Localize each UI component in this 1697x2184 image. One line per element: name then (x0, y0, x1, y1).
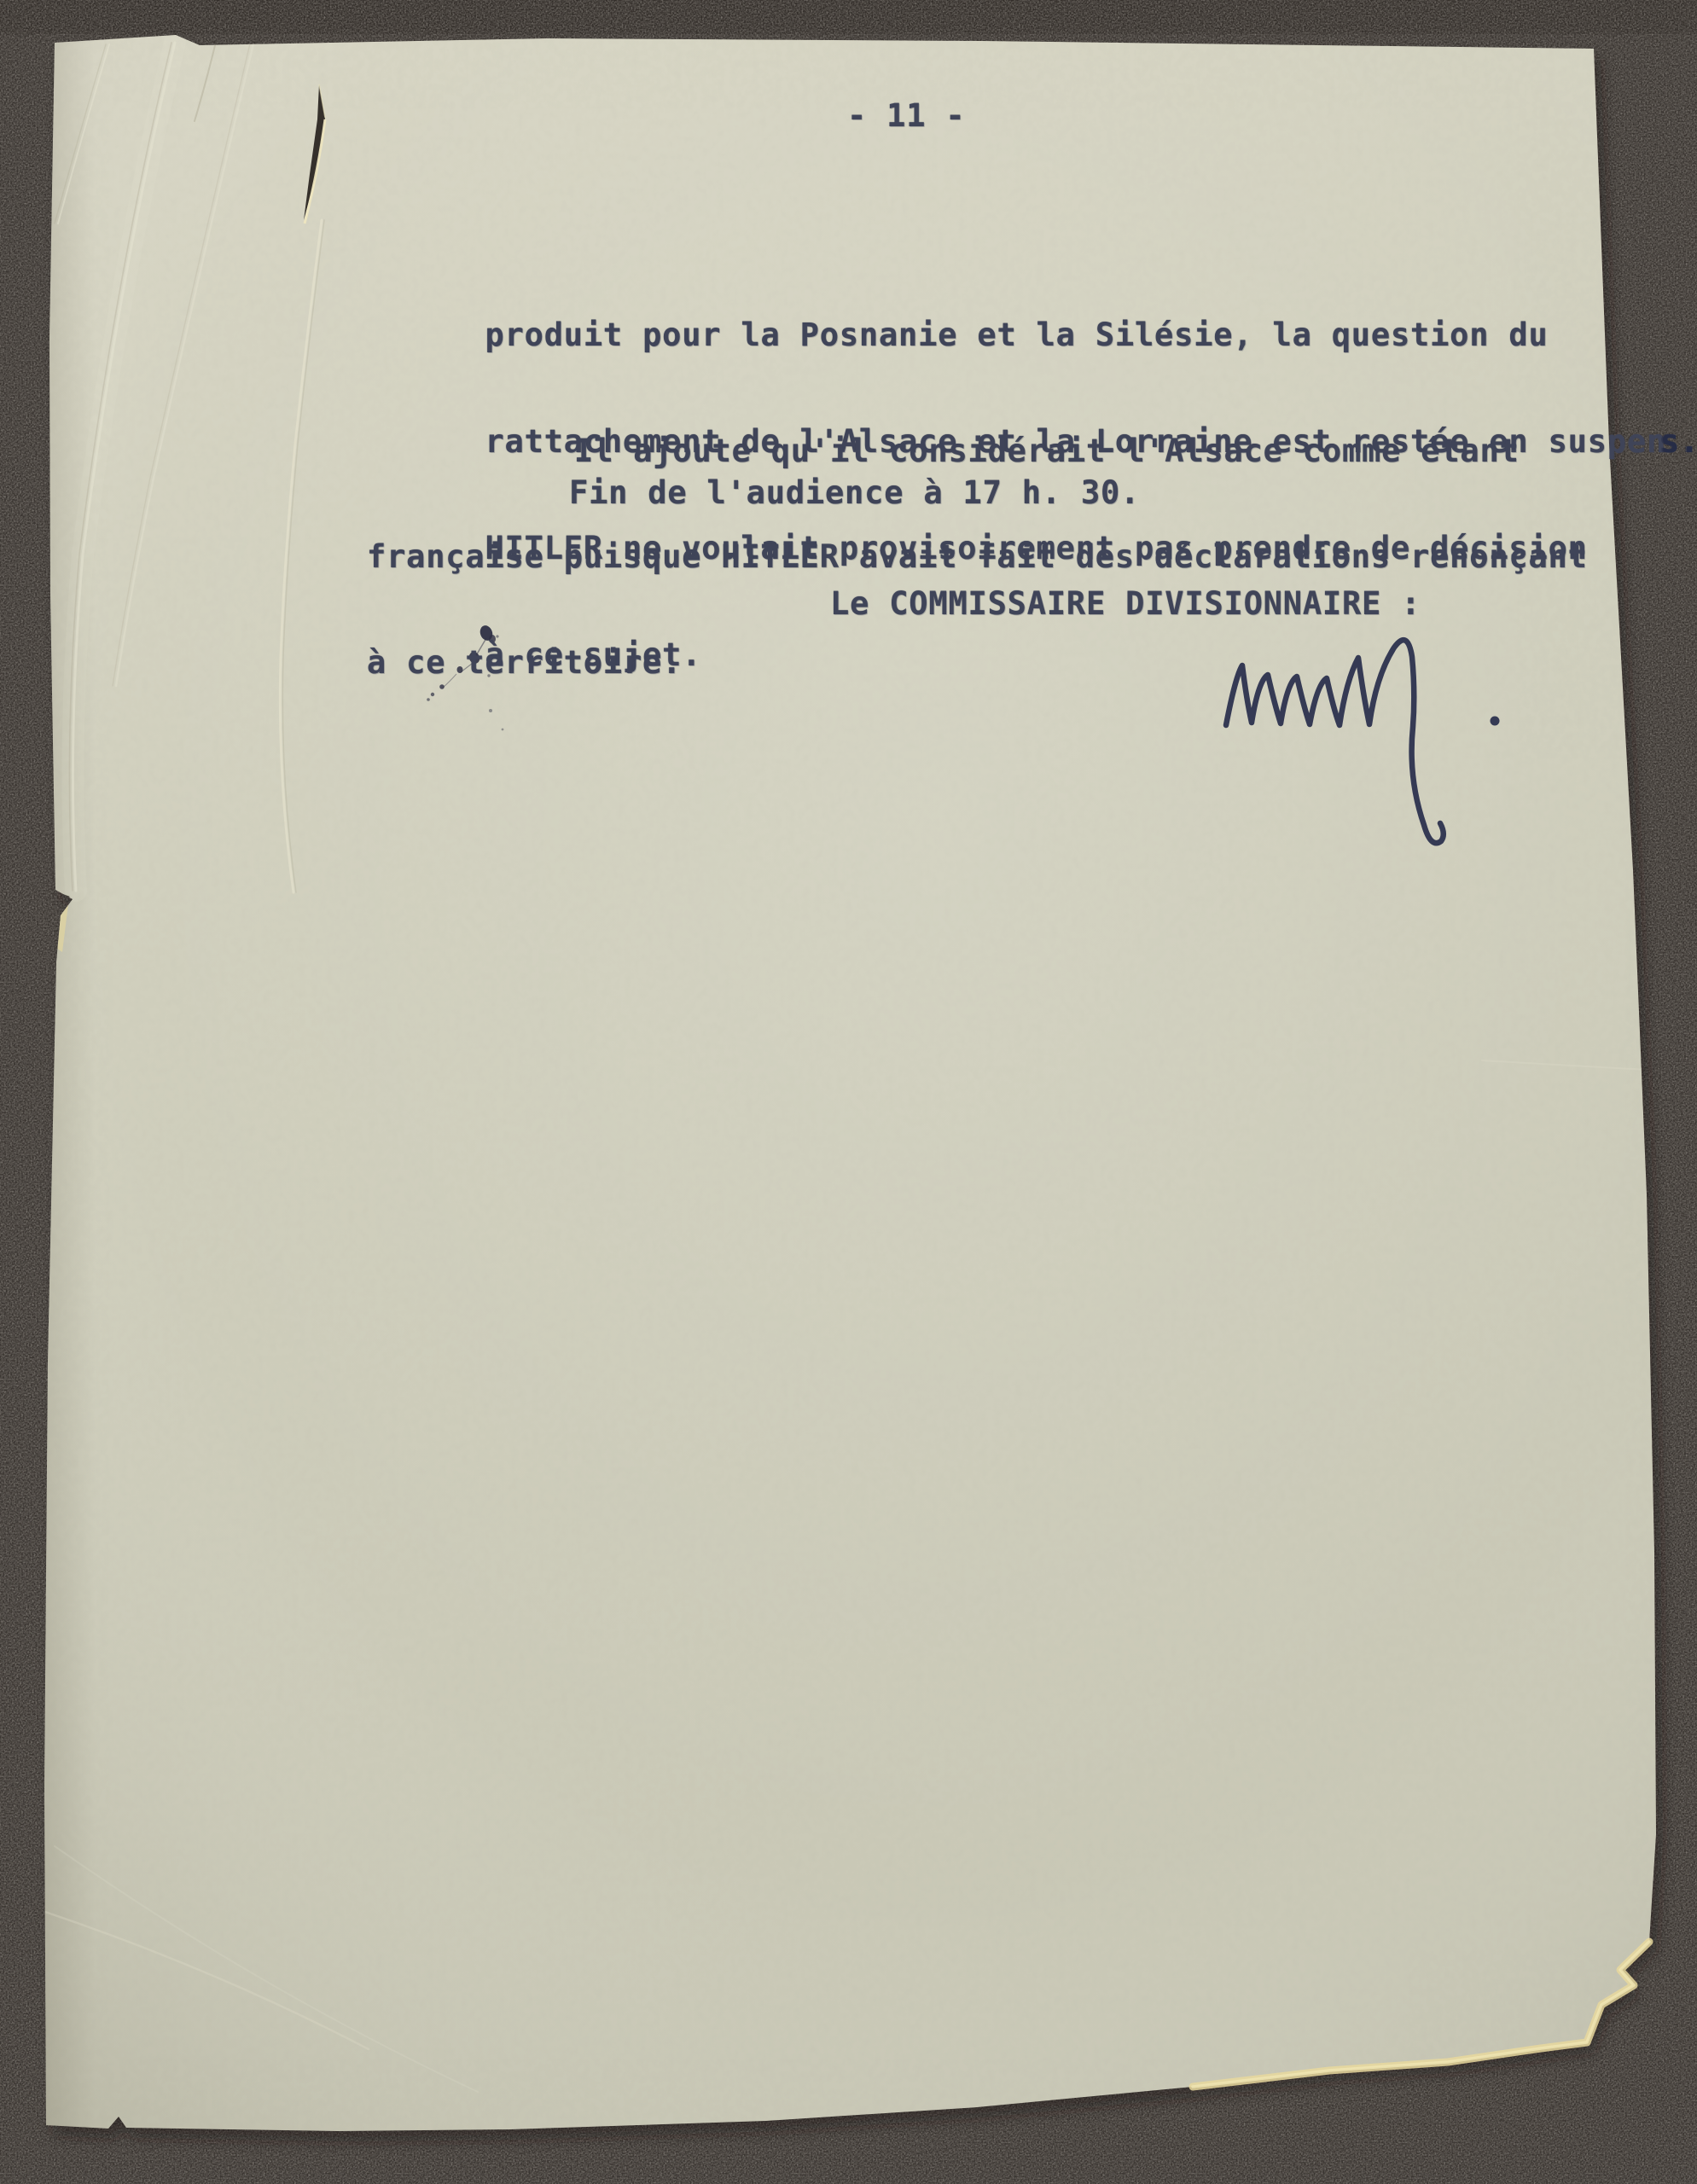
paragraph-2-line: française puisque HITLER avait fait des … (367, 541, 1588, 573)
overstrike-correction: s. (1660, 423, 1697, 460)
signoff-title: Le COMMISSAIRE DIVISIONNAIRE : (830, 587, 1421, 620)
paragraph-2-line: à ce territoire. (367, 647, 1588, 679)
scanned-document-page: - 11 - produit pour la Posnanie et la Si… (0, 0, 1697, 2184)
page-number: - 11 - (847, 99, 965, 132)
paragraph-2: Il ajoute qu'il considérait l'Alsace com… (367, 362, 1588, 752)
paragraph-1-line: produit pour la Posnanie et la Silésie, … (367, 285, 1697, 318)
paragraph-2-line: Il ajoute qu'il considérait l'Alsace com… (367, 435, 1588, 468)
closing-line: Fin de l'audience à 17 h. 30. (569, 476, 1140, 509)
